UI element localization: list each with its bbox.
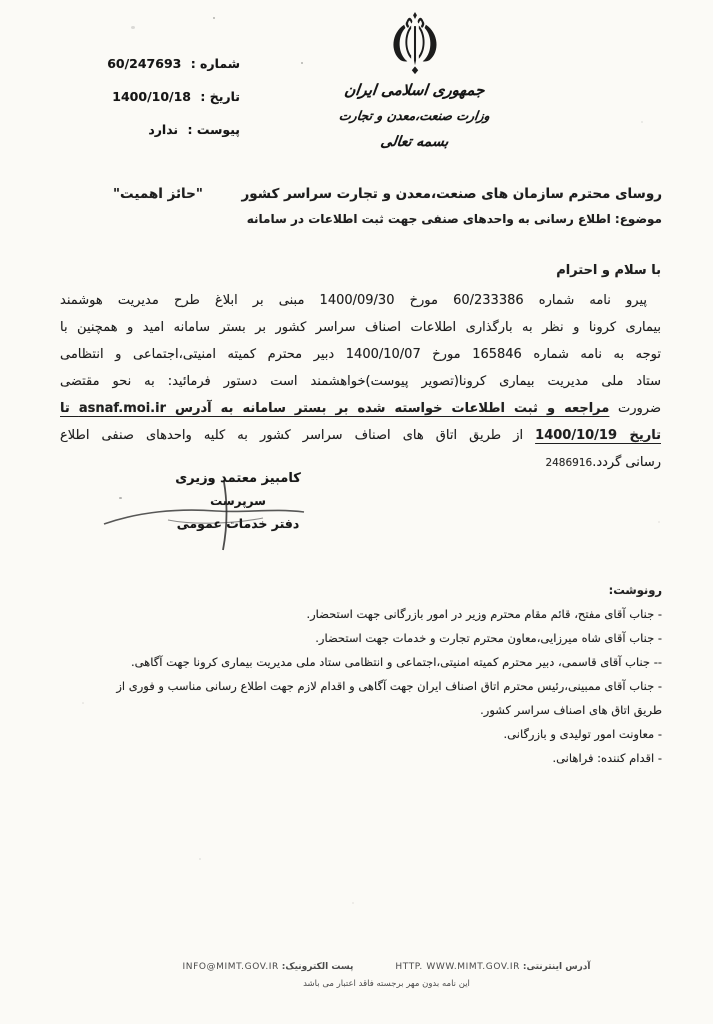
- scan-speckle: [131, 26, 135, 29]
- meta-number-label: شماره :: [191, 56, 240, 71]
- recipient-block: روسای محترم سازمان های صنعت،معدن و تجارت…: [58, 186, 662, 226]
- footer: آدرس اینترنتی: HTTP. WWW.MIMT.GOV.IR پست…: [78, 962, 695, 989]
- body-line: تاریخ 1400/10/19 از طریق اتاق های اصناف …: [60, 422, 661, 449]
- meta-attachment-label: پیوست :: [187, 122, 240, 137]
- subject-line: موضوع: اطلاع رسانی به واحدهای صنفی جهت ث…: [58, 212, 662, 226]
- body-line: ضرورت مراجعه و ثبت اطلاعات خواسته شده بر…: [60, 395, 661, 422]
- cc-item: - جناب آقای ممبینی،رئیس محترم اتاق اصناف…: [116, 674, 662, 722]
- scan-speckle: [641, 121, 643, 123]
- scan-speckle: [82, 702, 84, 704]
- importance-note: "حائز اهمیت": [113, 186, 203, 202]
- body-segment: رسانی گردد.: [592, 455, 661, 470]
- body-segment: مراجعه و ثبت اطلاعات خواسته شده بر بستر …: [166, 401, 609, 416]
- body-line: ستاد ملی مدیریت بیماری کرونا(تصویر پیوست…: [60, 368, 661, 395]
- footer-email-label: پست الکترونیک:: [282, 962, 354, 972]
- footer-email: پست الکترونیک: INFO@MIMT.GOV.IR: [183, 962, 354, 972]
- to-line: روسای محترم سازمان های صنعت،معدن و تجارت…: [241, 186, 662, 202]
- body-paragraph: پیرو نامه شماره 60/233386 مورخ 1400/09/3…: [60, 287, 661, 477]
- cc-item: - معاونت امور تولیدی و بازرگانی.: [116, 722, 662, 746]
- meta-attachment-row: پیوست : ندارد: [92, 113, 240, 146]
- cc-item: - اقدام کننده: فراهانی.: [116, 746, 662, 770]
- scan-speckle: [119, 497, 122, 499]
- body-segment: تا: [60, 401, 79, 416]
- scanned-letter-page: { "colors": { "ink": "#1e1e1e", "paper":…: [0, 0, 713, 1024]
- cc-block: رونوشت: - جناب آقای مفتح، قائم مقام محتر…: [116, 578, 662, 770]
- body-segment: توجه به نامه شماره 165846 مورخ 1400/10/0…: [60, 347, 661, 362]
- body-segment: ضرورت: [609, 401, 661, 416]
- letter-meta: شماره : 60/247693 تاریخ : 1400/10/18 پیو…: [92, 47, 240, 146]
- footer-web: آدرس اینترنتی: HTTP. WWW.MIMT.GOV.IR: [395, 962, 590, 972]
- footer-email-value: INFO@MIMT.GOV.IR: [183, 962, 279, 972]
- body-line: پیرو نامه شماره 60/233386 مورخ 1400/09/3…: [60, 287, 661, 314]
- cc-list: - جناب آقای مفتح، قائم مقام محترم وزیر د…: [116, 602, 662, 770]
- meta-date-value: 1400/10/18: [112, 89, 191, 104]
- cc-item: - جناب آقای شاه میرزایی،معاون محترم تجار…: [116, 626, 662, 650]
- footer-web-label: آدرس اینترنتی:: [523, 962, 591, 972]
- body-segment-ltr: asnaf.moi.ir: [79, 401, 166, 416]
- republic-title: جمهوری اسلامی ایران: [321, 81, 508, 99]
- meta-number-row: شماره : 60/247693: [92, 47, 240, 80]
- body-segment: بیماری کرونا و نظر به بارگذاری اطلاعات ا…: [60, 320, 661, 335]
- cc-item: - جناب آقای مفتح، قائم مقام محترم وزیر د…: [116, 602, 662, 626]
- body-segment: ستاد ملی مدیریت بیماری کرونا(تصویر پیوست…: [60, 374, 661, 389]
- scan-speckle: [498, 642, 500, 644]
- body-line: توجه به نامه شماره 165846 مورخ 1400/10/0…: [60, 341, 661, 368]
- footer-validity-note: این نامه بدون مهر برجسته فاقد اعتبار می …: [78, 979, 695, 989]
- signature-scribble: [98, 478, 310, 556]
- scan-speckle: [658, 521, 660, 523]
- iran-allah-emblem: [382, 12, 448, 76]
- scan-speckle: [352, 902, 354, 904]
- scan-speckle: [301, 62, 303, 64]
- cc-item: -- جناب آقای قاسمی، دبیر محترم کمیته امن…: [116, 650, 662, 674]
- besmeleh-line: بسمه تعالی: [321, 134, 508, 150]
- footer-web-value: HTTP. WWW.MIMT.GOV.IR: [395, 962, 520, 972]
- body-segment-ltr: 2486916: [545, 457, 592, 469]
- meta-date-row: تاریخ : 1400/10/18: [92, 80, 240, 113]
- meta-date-label: تاریخ :: [200, 89, 240, 104]
- scan-speckle: [199, 858, 201, 860]
- body-segment: تاریخ 1400/10/19: [535, 428, 661, 443]
- body-segment: از طریق اتاق های اصناف سراسر کشور به کلی…: [60, 428, 535, 443]
- salutation: با سلام و احترام: [556, 263, 661, 278]
- meta-number-value: 60/247693: [107, 56, 181, 71]
- cc-heading: رونوشت:: [116, 578, 662, 602]
- body-line: رسانی گردد.2486916: [60, 449, 661, 477]
- meta-attachment-value: ندارد: [148, 122, 178, 137]
- body-segment: پیرو نامه شماره 60/233386 مورخ 1400/09/3…: [60, 293, 647, 308]
- letterhead: جمهوری اسلامی ایران وزارت صنعت،معدن و تج…: [322, 12, 507, 150]
- ministry-title: وزارت صنعت،معدن و تجارت: [321, 108, 508, 123]
- body-line: بیماری کرونا و نظر به بارگذاری اطلاعات ا…: [60, 314, 661, 341]
- scan-speckle: [213, 17, 215, 19]
- footer-contact-line: آدرس اینترنتی: HTTP. WWW.MIMT.GOV.IR پست…: [78, 962, 695, 972]
